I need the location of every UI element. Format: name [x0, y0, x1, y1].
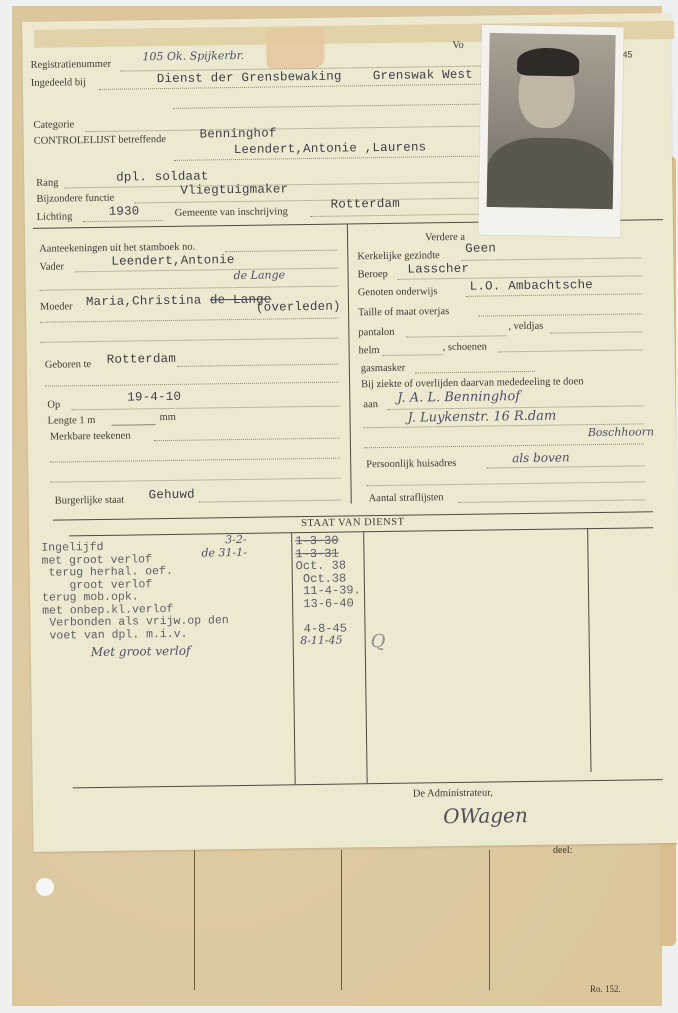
section-rule — [73, 779, 663, 788]
punch-hole — [36, 878, 54, 896]
dotted-line — [83, 220, 163, 222]
portrait-image — [487, 33, 616, 209]
geboren-value: Rotterdam — [107, 352, 177, 367]
service-entry-date: 8-11-45 — [297, 634, 343, 648]
ingedeeld-bij-value2: Grenswak West — [373, 68, 473, 83]
op-label: Op — [47, 400, 60, 411]
service-entry-text: Met groot verlof — [91, 644, 191, 659]
given-names-value: Leendert,Antonie ,Laurens — [234, 140, 427, 157]
straflijsten-label: Aantal straflijsten — [369, 492, 444, 504]
ingedeeld-bij-label: Ingedeeld bij — [31, 77, 86, 89]
lengte-line — [112, 424, 156, 426]
service-entry-text: voet van dpl. m.i.v. — [42, 627, 187, 642]
year-suffix: 45 — [622, 49, 632, 59]
dotted-line — [177, 364, 339, 367]
dotted-line — [466, 293, 642, 296]
dotted-line — [225, 250, 337, 253]
dotted-line — [311, 214, 485, 217]
moeder-value: Maria,Christina — [86, 294, 202, 310]
dotted-line — [40, 318, 338, 323]
bijzondere-functie-label: Bijzondere functie — [36, 193, 114, 205]
service-entry-note: 3-2- — [225, 533, 247, 546]
id-photo — [478, 25, 624, 237]
back-column-divider — [341, 850, 342, 990]
dotted-line — [86, 126, 484, 133]
gemeente-value: Rotterdam — [330, 197, 400, 212]
administrateur-label: De Administrateur, — [413, 788, 493, 800]
contact-line3: Boschhoorn — [588, 425, 654, 439]
staat-van-dienst-title: STAAT VAN DIENST — [301, 517, 405, 529]
dotted-line — [461, 257, 641, 261]
lengte-label: Lengte 1 m — [47, 415, 95, 427]
dotted-line — [499, 349, 643, 352]
dotted-line — [367, 481, 645, 486]
dotted-line — [154, 438, 340, 442]
portrait-uniform — [487, 137, 614, 209]
rang-label: Rang — [36, 178, 58, 189]
pantalon-label: pantalon — [358, 327, 394, 339]
helm-label: helm — [359, 345, 380, 356]
dotted-line — [383, 354, 443, 356]
dotted-line — [40, 286, 338, 291]
kerkelijke-value: Geen — [465, 241, 496, 255]
geboren-label: Geboren te — [45, 359, 92, 371]
lichting-value: 1930 — [109, 204, 140, 218]
huisadres-label: Persoonlijk huisadres — [366, 458, 456, 470]
dotted-line — [550, 331, 642, 333]
dotted-line — [174, 156, 484, 161]
categorie-label: Categorie — [33, 119, 74, 131]
moeder-note: (overleden) — [256, 300, 341, 315]
veldjas-label: , veldjas — [508, 321, 543, 332]
dotted-line — [40, 338, 338, 343]
contact-line2: J. Luykenstr. 16 R.dam — [407, 409, 556, 426]
dotted-line — [173, 104, 483, 109]
contact-line1: J. A. L. Benninghof — [397, 389, 520, 406]
vader-label: Vader — [39, 261, 64, 272]
dotted-line — [406, 335, 506, 337]
beroep-label: Beroep — [357, 269, 387, 280]
dotted-line — [415, 371, 535, 374]
vo-label: Vo — [452, 40, 464, 51]
administrateur-signature: OWagen — [443, 803, 528, 828]
onderwijs-label: Genoten onderwijs — [358, 286, 438, 298]
moeder-label: Moeder — [40, 301, 73, 312]
back-column-divider — [194, 850, 195, 990]
kerkelijke-label: Kerkelijke gezindte — [357, 250, 440, 262]
surname-value: Benninghof — [199, 126, 276, 141]
tape-residue — [266, 28, 325, 69]
bijzondere-functie-value: Vliegtuigmaker — [180, 182, 288, 198]
verdere-label: Verdere a — [425, 232, 465, 244]
service-entry-note: de 31-1- — [201, 545, 247, 559]
lengte-unit: mm — [159, 412, 175, 423]
vader-value: Leendert,Antonie — [111, 253, 234, 269]
section-rule — [69, 527, 653, 536]
dotted-line — [45, 382, 339, 387]
aan-label: aan — [363, 399, 378, 410]
service-column-divider — [363, 531, 368, 783]
taille-label: Taille of maat overjas — [358, 306, 449, 318]
huisadres-value: als boven — [512, 450, 570, 465]
dotted-line — [486, 465, 644, 468]
gemeente-label: Gemeente van inschrijving — [175, 206, 288, 219]
registratienummer-label: Registratienummer — [31, 59, 112, 71]
service-entry-date: 13-6-40 — [296, 596, 354, 611]
schoenen-label: , schoenen — [443, 342, 487, 354]
controlelijst-label: CONTROLELIJST betreffende — [34, 134, 166, 147]
dotted-line — [199, 500, 341, 503]
dotted-line — [71, 406, 339, 411]
merkbare-label: Merkbare teekenen — [50, 431, 131, 443]
op-value: 19-4-10 — [127, 390, 181, 405]
onderwijs-value: L.O. Ambachtsche — [470, 278, 593, 294]
initial-mark: Q — [371, 631, 386, 652]
service-column-divider — [587, 528, 591, 772]
moeder-correction: de Lange — [233, 268, 285, 282]
back-deel-label: deel: — [553, 845, 572, 856]
burgerlijke-staat-label: Burgerlijke staat — [55, 495, 125, 507]
beroep-value: Lasscher — [407, 262, 469, 277]
dotted-line — [50, 458, 340, 463]
lichting-label: Lichting — [37, 211, 73, 222]
gasmasker-label: gasmasker — [361, 363, 405, 375]
dotted-line — [478, 313, 642, 316]
dotted-line — [50, 478, 340, 483]
ziekte-label: Bij ziekte of overlijden daarvan mededee… — [361, 376, 584, 390]
dotted-line — [364, 443, 644, 448]
column-divider — [347, 223, 352, 503]
dotted-line — [135, 198, 485, 204]
registratienummer-value: 105 Ok. Spijkerbr. — [142, 49, 244, 63]
stamboek-label: Aanteekeningen uit het stamboek no. — [39, 242, 195, 255]
form-number: Ro. 152. — [590, 984, 621, 994]
ingedeeld-bij-value: Dienst der Grensbewaking — [157, 70, 342, 87]
rang-value: dpl. soldaat — [116, 169, 209, 184]
back-column-divider — [489, 850, 490, 990]
dotted-line — [459, 499, 645, 503]
portrait-hair — [517, 47, 579, 76]
burgerlijke-staat-value: Gehuwd — [149, 488, 195, 503]
